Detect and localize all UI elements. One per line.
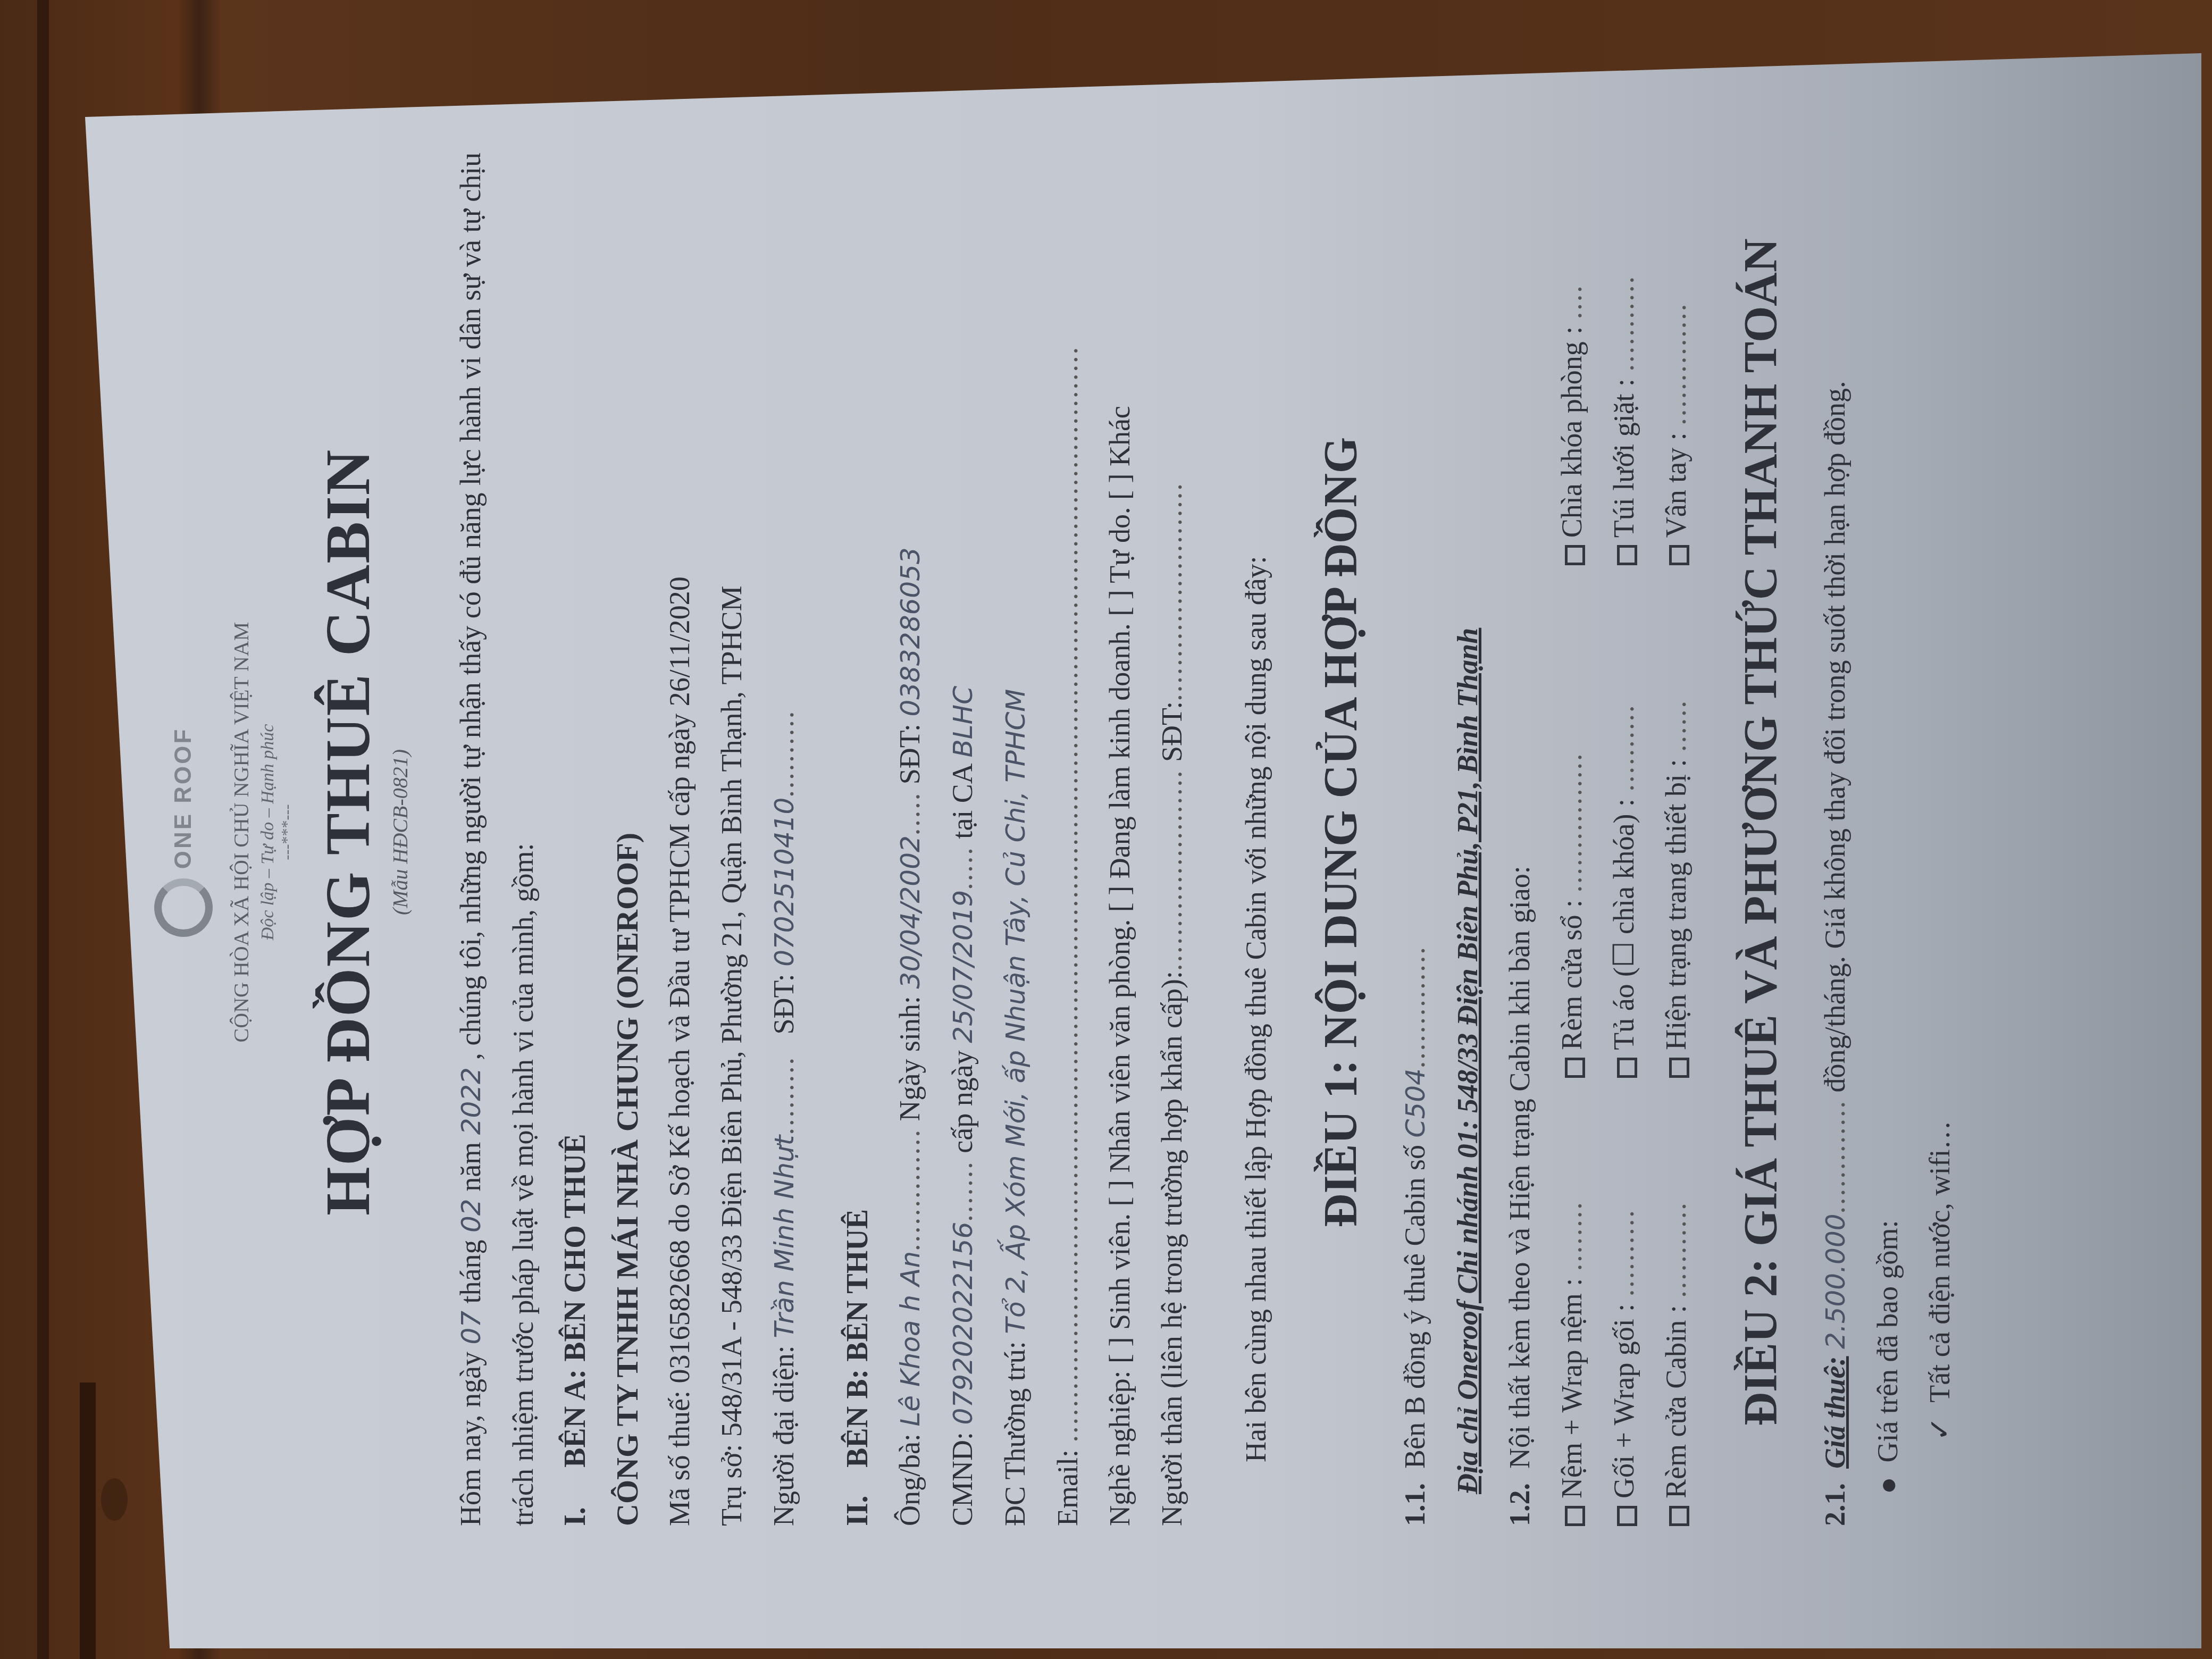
year-value: 2022 bbox=[456, 1067, 487, 1135]
tax-line: Mã số thuế: 0316582668 do Sở Kế hoạch và… bbox=[653, 138, 706, 1526]
intro-paragraph: Hôm nay, ngày 07 tháng 02 năm 2022 , chú… bbox=[445, 138, 549, 1526]
checkbox-icon bbox=[1565, 1058, 1585, 1078]
contract-page: ONE ROOF CỘNG HÒA XÃ HỘI CHỦ NGHĨA VIỆT … bbox=[85, 53, 2201, 1648]
checkbox-icon bbox=[1617, 1058, 1637, 1078]
occupation-line: Nghề nghiệp: [ ] Sinh viên. [ ] Nhân viê… bbox=[1094, 138, 1146, 1526]
clause-1-1: 1.1. Bên B đồng ý thuê Cabin số C504....… bbox=[1389, 138, 1442, 1526]
party-a-heading: I.BÊN A: BÊN CHO THUÊ bbox=[549, 138, 601, 1526]
cabin-number: C504 bbox=[1400, 1068, 1431, 1137]
motto: Độc lập – Tự do – Hạnh phúc bbox=[258, 138, 278, 1526]
id-issue-date: 25/07/2019 bbox=[948, 890, 978, 1043]
checklist-item[interactable]: Rèm cửa Cabin : ........... bbox=[1650, 1099, 1702, 1526]
id-issue-place: BLHC bbox=[948, 686, 978, 758]
representative-value: Trần Minh Nhựt bbox=[769, 1135, 800, 1338]
company-name: CÔNG TY TNHH MÁI NHÀ CHUNG (ONEROOF) bbox=[601, 138, 653, 1526]
document-title: HỢP ĐỒNG THUÊ CABIN bbox=[312, 138, 384, 1526]
tenant-id: 079202022156 bbox=[948, 1222, 978, 1425]
national-header: CỘNG HÒA XÃ HỘI CHỦ NGHĨA VIỆT NAM bbox=[229, 138, 254, 1526]
divider: ---***--- bbox=[278, 138, 296, 1526]
party-b-heading: II.BÊN B: BÊN THUÊ bbox=[832, 138, 884, 1526]
article-2-title: ĐIỀU 2: GIÁ THUÊ VÀ PHƯƠNG THỨC THANH TO… bbox=[1734, 138, 1788, 1526]
checkbox-icon bbox=[1617, 545, 1637, 565]
logo-text: ONE ROOF bbox=[170, 727, 197, 869]
party-a-phone: 0702510410 bbox=[769, 798, 800, 967]
checklist-item[interactable]: Rèm cửa sổ : ................ bbox=[1546, 586, 1598, 1078]
table-seam bbox=[37, 0, 49, 1659]
tenant-id-line: CMND: 079202022156....... cấp ngày 25/07… bbox=[936, 138, 989, 1526]
checklist-item[interactable]: Tủ áo (☐ chìa khóa) : .......... bbox=[1598, 586, 1650, 1078]
representative-line: Người đại diện: Trần Minh Nhựt......... … bbox=[758, 138, 810, 1526]
checkbox-icon bbox=[1565, 1506, 1585, 1526]
tenant-email-line: Email: .................................… bbox=[1042, 138, 1094, 1526]
tenant-dob: 30/04/2002 bbox=[895, 835, 926, 988]
includes-item: ✓ Tất cả điện nước, wifi… bbox=[1914, 138, 1966, 1526]
wood-knot bbox=[101, 1478, 128, 1521]
rent-price: 2.500.000 bbox=[1820, 1214, 1851, 1349]
checkbox-icon bbox=[1617, 1506, 1637, 1526]
includes-bullet: ● Giá trên đã bao gồm: bbox=[1862, 138, 1914, 1526]
agreement-text: Hai bên cùng nhau thiết lập Hợp đồng thu… bbox=[1230, 138, 1282, 1526]
checklist-item[interactable]: Vân tay : .............. bbox=[1650, 138, 1702, 565]
tenant-phone: 0383286053 bbox=[895, 547, 926, 716]
checklist-item[interactable]: Gối + Wrap gối : .......... bbox=[1598, 1099, 1650, 1526]
clause-1-2: 1.2. Nội thất kèm theo và Hiện trạng Cab… bbox=[1494, 138, 1546, 1526]
clause-2-1: 2.1. Giá thuê: 2.500.000............. đồ… bbox=[1809, 138, 1862, 1526]
checkbox-icon bbox=[1669, 545, 1689, 565]
logo-ring-icon bbox=[154, 878, 213, 937]
checkbox-icon bbox=[1565, 545, 1585, 565]
checklist-item[interactable]: Hiện trạng trang thiết bị : ...... bbox=[1650, 586, 1702, 1078]
checklist-item[interactable]: Nệm + Wrap nệm : ........ bbox=[1546, 1099, 1598, 1526]
checkbox-icon bbox=[1669, 1506, 1689, 1526]
form-code: (Mẫu HĐCB-0821) bbox=[388, 138, 413, 1526]
branch-address: Địa chỉ Oneroof Chi nhánh 01: 548/33 Điệ… bbox=[1442, 138, 1494, 1526]
company-logo: ONE ROOF bbox=[154, 138, 213, 1526]
tenant-address-line: ĐC Thường trú: Tổ 2, Ấp Xóm Mới, ấp Nhuậ… bbox=[989, 138, 1042, 1526]
day-value: 07 bbox=[456, 1311, 487, 1345]
checkbox-icon bbox=[1669, 1058, 1689, 1078]
tenant-address: Tổ 2, Ấp Xóm Mới, ấp Nhuận Tây, Củ Chi, … bbox=[1000, 689, 1031, 1334]
address-line: Trụ sở: 548/31A - 548/33 Điện Biên Phủ, … bbox=[706, 138, 758, 1526]
tenant-name: Lê Khoa h An bbox=[895, 1251, 926, 1427]
checklist-item[interactable]: Chìa khóa phòng : .... bbox=[1546, 138, 1598, 565]
article-1-title: ĐIỀU 1: NỘI DUNG CỦA HỢP ĐỒNG bbox=[1314, 138, 1368, 1526]
table-seam bbox=[80, 1382, 96, 1659]
emergency-contact-line: Người thân (liên hệ trong trường hợp khẩ… bbox=[1146, 138, 1198, 1526]
checklist-item[interactable]: Túi lưới giặt : ........... bbox=[1598, 138, 1650, 565]
furniture-checklist: Nệm + Wrap nệm : ........ Rèm cửa sổ : .… bbox=[1546, 138, 1702, 1526]
tenant-name-line: Ông/bà: Lê Khoa h An.............. Ngày … bbox=[884, 138, 936, 1526]
month-value: 02 bbox=[456, 1199, 487, 1233]
